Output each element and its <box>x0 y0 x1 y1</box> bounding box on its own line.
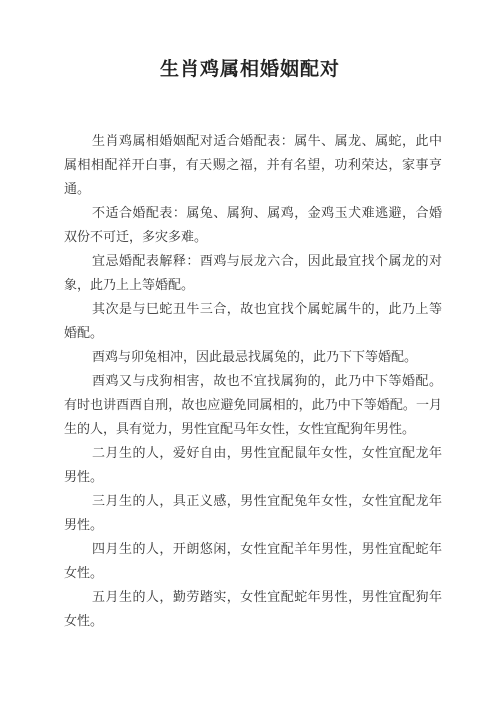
paragraph-month3: 三月生的人，具正义感，男性宜配兔年女性，女性宜配龙年男性。 <box>64 489 442 537</box>
document-body: 生肖鸡属相婚姻配对适合婚配表：属牛、属龙、属蛇，此中属相相配祥开白事，有天赐之福… <box>64 129 442 633</box>
page-title: 生肖鸡属相婚姻配对 <box>0 0 500 82</box>
paragraph-month5: 五月生的人，勤劳踏实，女性宜配蛇年男性，男性宜配狗年女性。 <box>64 585 442 633</box>
paragraph-month2: 二月生的人，爱好自由，男性宜配鼠年女性，女性宜配龙年男性。 <box>64 441 442 489</box>
document-page: 生肖鸡属相婚姻配对 生肖鸡属相婚姻配对适合婚配表：属牛、属龙、属蛇，此中属相相配… <box>0 0 500 707</box>
paragraph-rabbit-clash: 酉鸡与卯兔相冲，因此最忌找属兔的，此乃下下等婚配。 <box>64 345 442 369</box>
paragraph-dog-harm-month1: 酉鸡又与戌狗相害，故也不宜找属狗的，此乃中下等婚配。有时也讲酉酉自刑，故也应避免… <box>64 369 442 441</box>
paragraph-explanation-dragon: 宜忌婚配表解释：酉鸡与辰龙六合，因此最宜找个属龙的对象，此乃上上等婚配。 <box>64 249 442 297</box>
paragraph-snake-ox-match: 其次是与巳蛇丑牛三合，故也宜找个属蛇属牛的，此乃上等婚配。 <box>64 297 442 345</box>
paragraph-suitable-matches: 生肖鸡属相婚姻配对适合婚配表：属牛、属龙、属蛇，此中属相相配祥开白事，有天赐之福… <box>64 129 442 201</box>
paragraph-month4: 四月生的人，开朗悠闲，女性宜配羊年男性，男性宜配蛇年女性。 <box>64 537 442 585</box>
paragraph-unsuitable-matches: 不适合婚配表：属兔、属狗、属鸡，金鸡玉犬难逃避，合婚双份不可迁，多灾多难。 <box>64 201 442 249</box>
